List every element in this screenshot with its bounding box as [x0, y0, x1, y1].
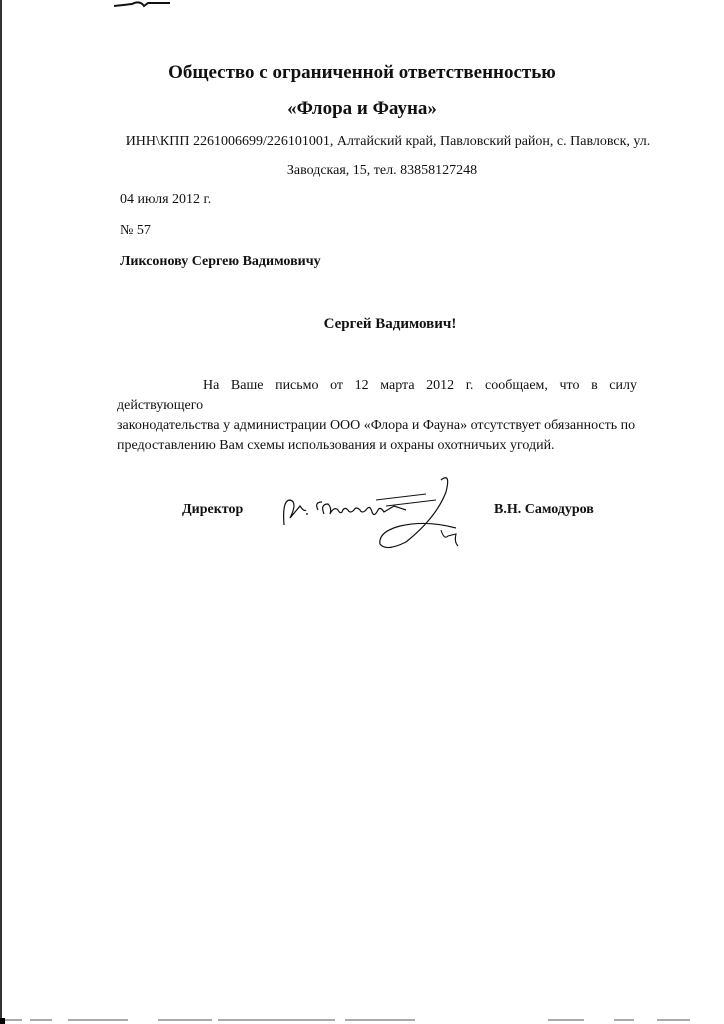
body-line: предоставлению Вам схемы использования и… — [117, 436, 637, 456]
signer-name: В.Н. Самодуров — [494, 502, 594, 518]
org-details-line2: Заводская, 15, тел. 83858127248 — [20, 163, 724, 179]
body-line: На Ваше письмо от 12 марта 2012 г. сообщ… — [117, 376, 637, 416]
letter-number: № 57 — [120, 223, 151, 239]
scan-edge — [0, 0, 2, 1024]
signer-position: Директор — [182, 502, 243, 518]
salutation: Сергей Вадимович! — [0, 316, 724, 333]
scan-bottom-edge — [0, 1012, 724, 1024]
letter-body: На Ваше письмо от 12 марта 2012 г. сообщ… — [117, 376, 637, 456]
scan-artifact-icon — [112, 0, 172, 10]
org-name: «Флора и Фауна» — [0, 98, 724, 120]
org-details-line1: ИНН\КПП 2261006699/226101001, Алтайский … — [0, 134, 724, 150]
org-type: Общество с ограниченной ответственностью — [0, 62, 724, 84]
signature-icon — [276, 470, 476, 550]
body-line: законодательства у администрации ООО «Фл… — [117, 416, 637, 436]
letter-date: 04 июля 2012 г. — [120, 192, 211, 208]
recipient: Ликсонову Сергею Вадимовичу — [120, 254, 321, 270]
